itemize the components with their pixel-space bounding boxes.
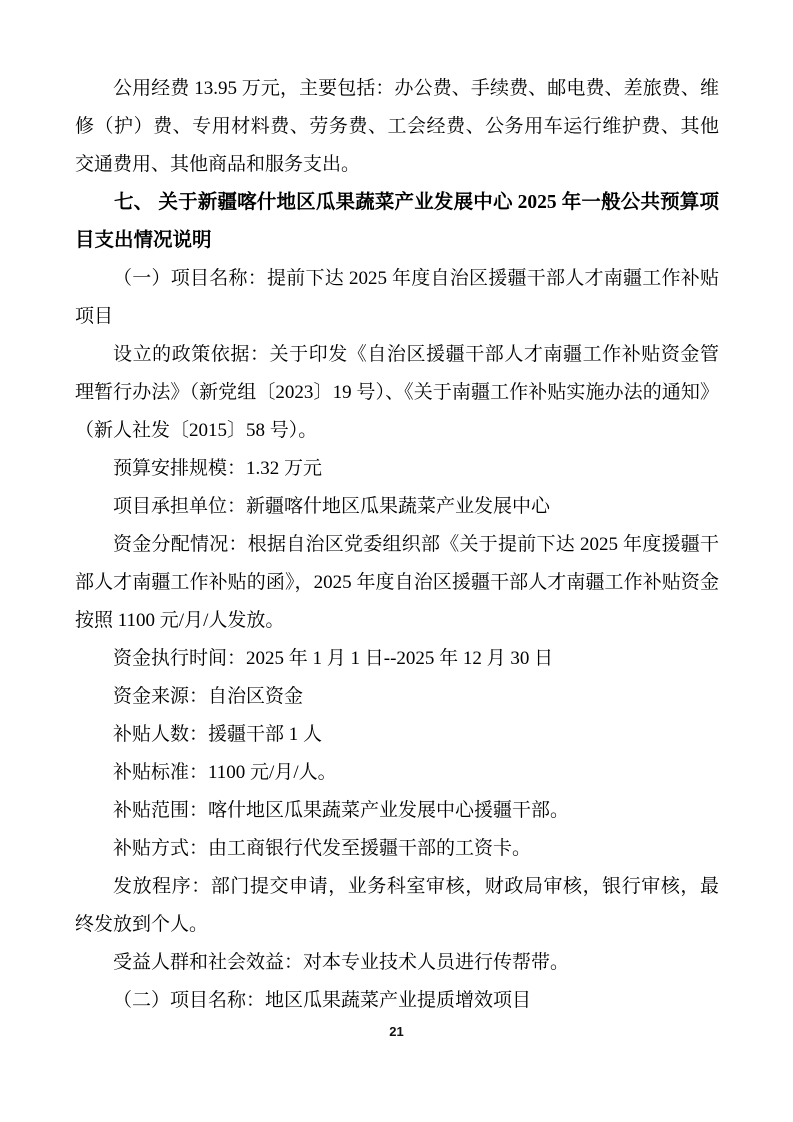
paragraph-execution-time: 资金执行时间：2025 年 1 月 1 日--2025 年 12 月 30 日: [75, 640, 719, 678]
paragraph-project1-name: （一）项目名称：提前下达 2025 年度自治区援疆干部人才南疆工作补贴项目: [75, 260, 719, 336]
paragraph-budget-scale: 预算安排规模：1.32 万元: [75, 450, 719, 488]
paragraph-policy-basis: 设立的政策依据：关于印发《自治区援疆干部人才南疆工作补贴资金管理暂行办法》（新党…: [75, 336, 719, 450]
paragraph-fund-source: 资金来源：自治区资金: [75, 678, 719, 716]
paragraph-undertaking-unit: 项目承担单位：新疆喀什地区瓜果蔬菜产业发展中心: [75, 488, 719, 526]
paragraph-subsidy-standard: 补贴标准：1100 元/月/人。: [75, 754, 719, 792]
paragraph-public-expense: 公用经费 13.95 万元，主要包括：办公费、手续费、邮电费、差旅费、维修（护）…: [75, 70, 719, 184]
paragraph-project2-name: （二）项目名称：地区瓜果蔬菜产业提质增效项目: [75, 982, 719, 1020]
paragraph-subsidy-scope: 补贴范围：喀什地区瓜果蔬菜产业发展中心援疆干部。: [75, 792, 719, 830]
paragraph-fund-allocation: 资金分配情况：根据自治区党委组织部《关于提前下达 2025 年度援疆干部人才南疆…: [75, 526, 719, 640]
paragraph-payment-procedure: 发放程序：部门提交申请，业务科室审核，财政局审核，银行审核，最终发放到个人。: [75, 868, 719, 944]
paragraph-subsidy-method: 补贴方式：由工商银行代发至援疆干部的工资卡。: [75, 830, 719, 868]
document-body: 公用经费 13.95 万元，主要包括：办公费、手续费、邮电费、差旅费、维修（护）…: [75, 70, 719, 1020]
paragraph-beneficiaries: 受益人群和社会效益：对本专业技术人员进行传帮带。: [75, 944, 719, 982]
page-number: 21: [0, 1024, 793, 1039]
section-heading-seven: 七、 关于新疆喀什地区瓜果蔬菜产业发展中心 2025 年一般公共预算项目支出情况…: [75, 184, 719, 260]
paragraph-subsidy-headcount: 补贴人数：援疆干部 1 人: [75, 716, 719, 754]
document-page: 公用经费 13.95 万元，主要包括：办公费、手续费、邮电费、差旅费、维修（护）…: [0, 0, 793, 1122]
